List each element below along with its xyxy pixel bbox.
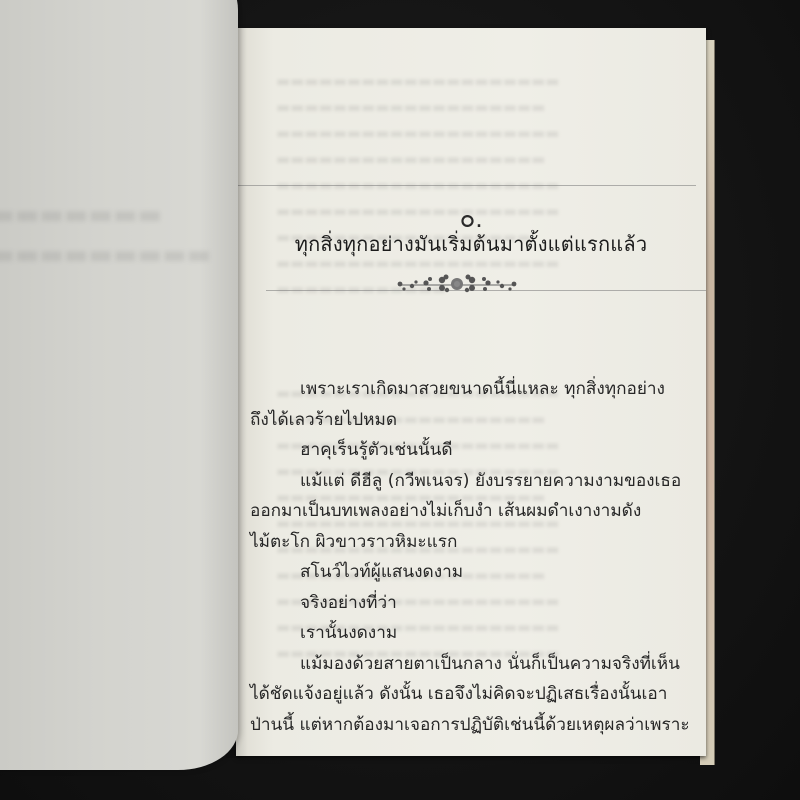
paragraph-line: จริงอย่างที่ว่า <box>250 588 712 619</box>
paragraph-line: เรานั้นงดงาม <box>250 618 712 649</box>
paragraph-line: ออกมาเป็นบทเพลงอย่างไม่เก็บงำ เส้นผมดำเง… <box>250 496 712 527</box>
left-page-curled: ▬▬▬▬▬▬▬▬▬▬▬▬▬▬▬▬ <box>0 0 238 770</box>
paragraph-line: ไม้ตะโก ผิวขาวราวหิมะแรก <box>250 527 712 558</box>
paragraph-line: แม้มองด้วยสายตาเป็นกลาง นั่นก็เป็นความจร… <box>250 649 712 680</box>
divider-line-top <box>236 185 696 186</box>
left-page-show-through: ▬▬▬▬▬▬▬▬▬▬▬▬▬▬▬▬ <box>0 195 210 275</box>
paragraph-line: ป่านนี้ แต่หากต้องมาเจอการปฏิบัติเช่นนี้… <box>250 710 712 741</box>
right-page: ▬▬▬▬▬▬▬▬▬▬▬▬▬▬▬▬▬▬▬▬▬▬▬▬▬▬▬▬▬▬▬▬▬▬▬▬▬▬▬▬… <box>236 28 706 756</box>
paragraph-line: เพราะเราเกิดมาสวยขนาดนี้นี่แหละ ทุกสิ่งท… <box>250 374 712 405</box>
body-text: เพราะเราเกิดมาสวยขนาดนี้นี่แหละ ทุกสิ่งท… <box>250 374 712 740</box>
paragraph-line: แม้แต่ ดีฮีลู (กวีพเนจร) ยังบรรยายความงา… <box>250 466 712 497</box>
paragraph-line: ฮาคุเร็นรู้ตัวเช่นนั้นดี <box>250 435 712 466</box>
paragraph-line: ได้ชัดแจ้งอยู่แล้ว ดังนั้น เธอจึงไม่คิดจ… <box>250 679 712 710</box>
paragraph-line: สโนว์ไวท์ผู้แสนงดงาม <box>250 557 712 588</box>
paragraph-line: ถึงได้เลวร้ายไปหมด <box>250 405 712 436</box>
chapter-title: ทุกสิ่งทุกอย่างมันเริ่มต้นมาตั้งแต่แรกแล… <box>236 228 706 260</box>
floral-ornament-icon <box>392 271 522 297</box>
